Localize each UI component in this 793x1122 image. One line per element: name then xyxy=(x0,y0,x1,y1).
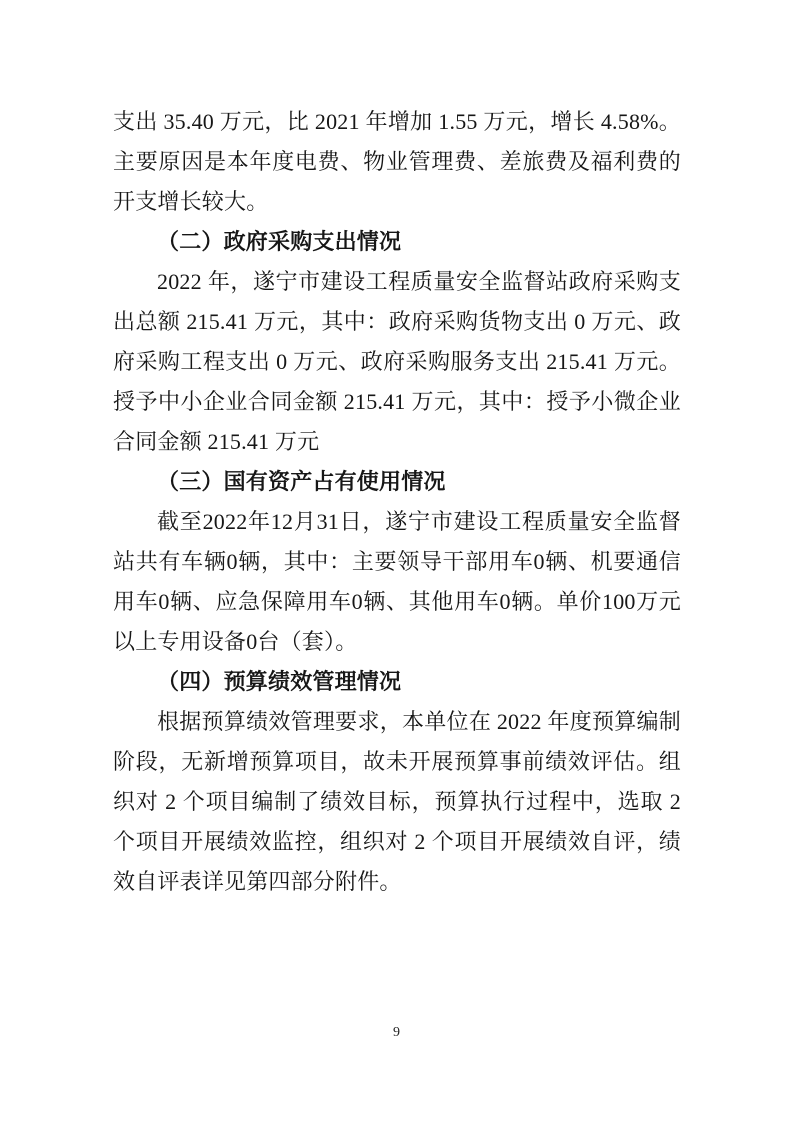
page-footer: 9 xyxy=(0,1022,793,1044)
heading-section-3-state-assets: （三）国有资产占有使用情况 xyxy=(113,462,681,502)
document-page: 支出 35.40 万元，比 2021 年增加 1.55 万元，增长 4.58%。… xyxy=(0,0,793,1122)
heading-section-4-budget-performance: （四）预算绩效管理情况 xyxy=(113,662,681,702)
paragraph-state-assets: 截至2022年12月31日，遂宁市建设工程质量安全监督站共有车辆0辆，其中：主要… xyxy=(113,502,681,662)
paragraph-government-procurement: 2022 年，遂宁市建设工程质量安全监督站政府采购支出总额 215.41 万元，… xyxy=(113,262,681,462)
paragraph-budget-performance: 根据预算绩效管理要求，本单位在 2022 年度预算编制阶段，无新增预算项目，故未… xyxy=(113,702,681,902)
document-body: 支出 35.40 万元，比 2021 年增加 1.55 万元，增长 4.58%。… xyxy=(113,102,681,902)
heading-section-2-government-procurement: （二）政府采购支出情况 xyxy=(113,222,681,262)
page-number: 9 xyxy=(393,1025,400,1040)
paragraph-expenditure-continuation: 支出 35.40 万元，比 2021 年增加 1.55 万元，增长 4.58%。… xyxy=(113,102,681,222)
